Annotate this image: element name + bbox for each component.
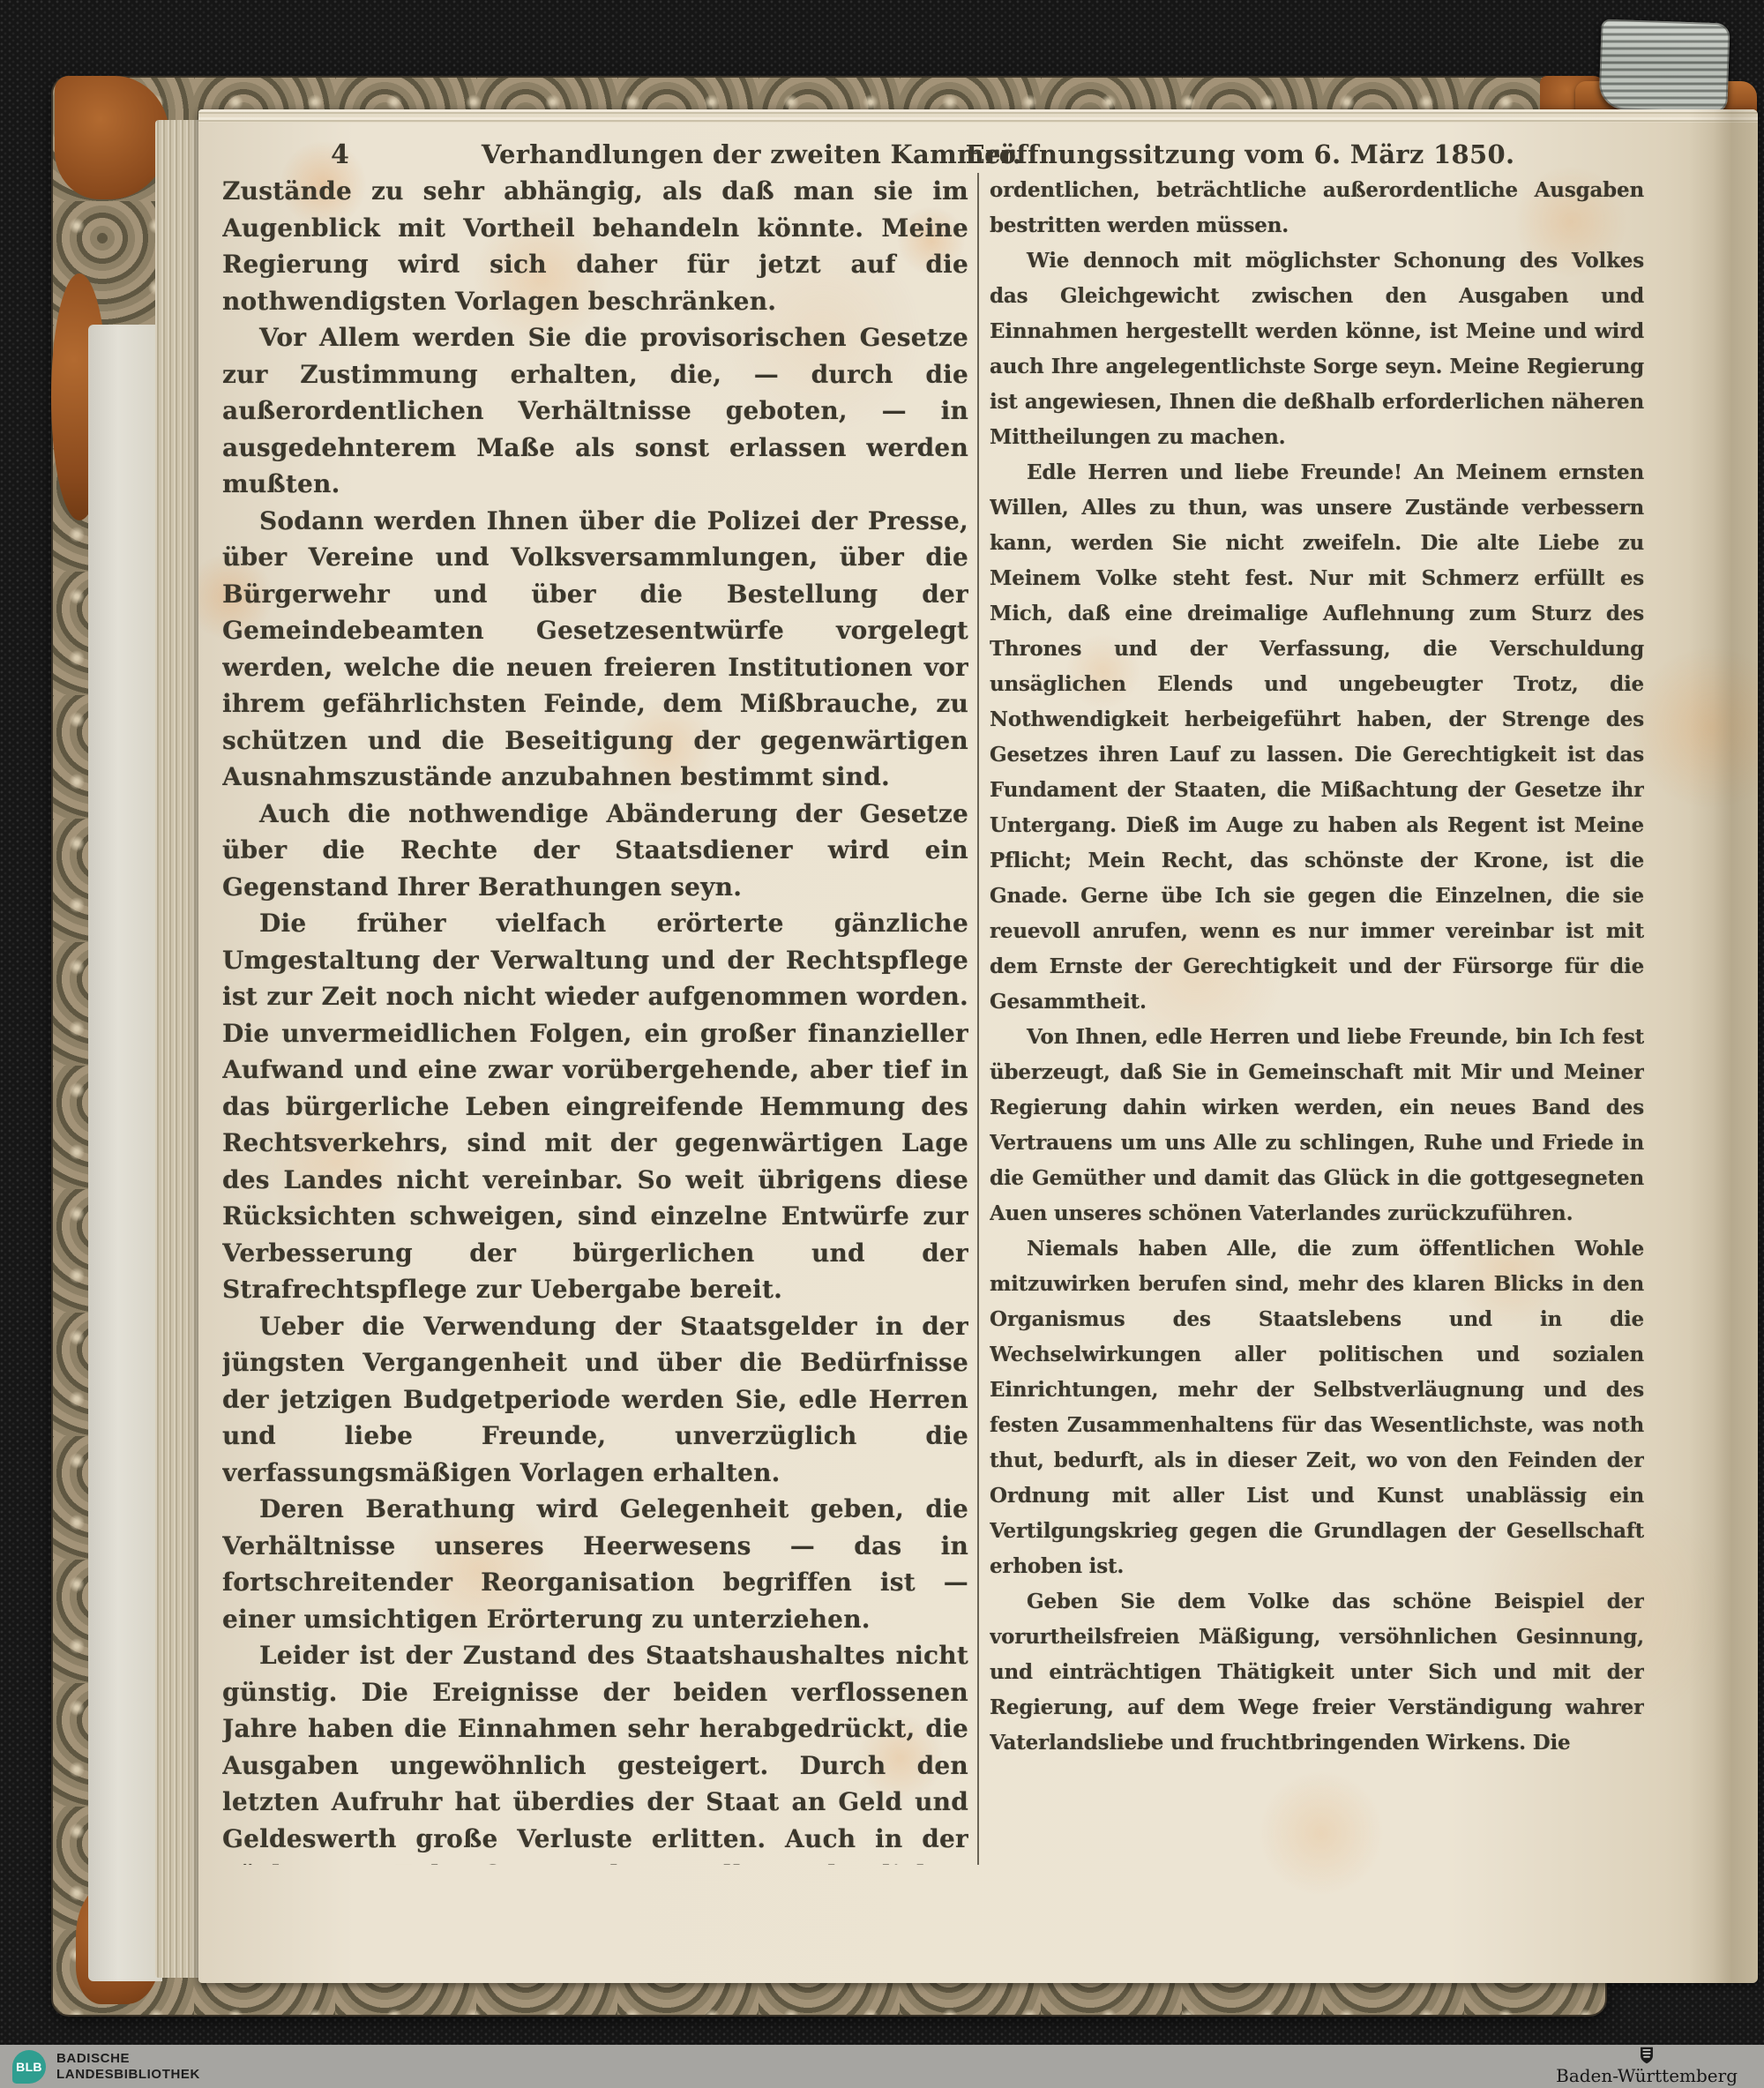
paragraph: Zustände zu sehr abhängig, als daß man s…: [222, 173, 968, 319]
paragraph: Wie dennoch mit möglichster Schonung des…: [990, 243, 1644, 455]
paragraph: Niemals haben Alle, die zum öffentlichen…: [990, 1231, 1644, 1584]
text-column-left: Zustände zu sehr abhängig, als daß man s…: [222, 173, 968, 1865]
page-edge-endpaper: [88, 325, 162, 1981]
library-name-line2: LANDESBIBLIOTHEK: [56, 2067, 200, 2083]
state-name: Baden-Württemberg: [1556, 2065, 1738, 2086]
state-branding: Baden-Württemberg: [1556, 2047, 1738, 2086]
column-divider: [977, 173, 979, 1865]
page-number: 4: [331, 139, 349, 170]
paragraph: Von Ihnen, edle Herren und liebe Freunde…: [990, 1020, 1644, 1231]
paragraph: Ueber die Verwendung der Staatsgelder in…: [222, 1308, 968, 1492]
blb-branding: BLB BADISCHE LANDESBIBLIOTHEK: [12, 2045, 200, 2088]
paragraph: Vor Allem werden Sie die provisorischen …: [222, 319, 968, 503]
blb-acronym: BLB: [16, 2060, 42, 2074]
paragraph: Die früher vielfach erörterte gänzliche …: [222, 905, 968, 1308]
paragraph: Deren Berathung wird Gelegenheit geben, …: [222, 1491, 968, 1637]
book-page: 4 Verhandlungen der zweiten Kammer. Eröf…: [198, 109, 1758, 1983]
book-clasp: [1598, 19, 1730, 113]
paragraph: Sodann werden Ihnen über die Polizei der…: [222, 503, 968, 796]
text-column-right: ordentlichen, beträchtliche außerordentl…: [990, 173, 1644, 1865]
paragraph: Edle Herren und liebe Freunde! An Meinem…: [990, 455, 1644, 1020]
library-name-line1: BADISCHE: [56, 2051, 200, 2067]
paragraph: ordentlichen, beträchtliche außerordentl…: [990, 173, 1644, 243]
paragraph: Auch die nothwendige Abänderung der Gese…: [222, 796, 968, 906]
scan-background: 4 Verhandlungen der zweiten Kammer. Eröf…: [0, 0, 1764, 2088]
paragraph: Geben Sie dem Volke das schöne Beispiel …: [990, 1584, 1644, 1761]
page-edge-stack: [155, 120, 205, 1978]
library-footer-bar: BLB BADISCHE LANDESBIBLIOTHEK Baden-Würt…: [0, 2045, 1764, 2088]
blb-logo-icon: BLB: [12, 2050, 46, 2084]
library-name: BADISCHE LANDESBIBLIOTHEK: [56, 2051, 200, 2083]
paragraph: Leider ist der Zustand des Staatshaushal…: [222, 1637, 968, 1865]
running-title-left: Verhandlungen der zweiten Kammer.: [482, 139, 1021, 169]
coat-of-arms-icon: [1638, 2047, 1656, 2064]
running-title-right: Eröffnungssitzung vom 6. März 1850.: [966, 139, 1515, 169]
